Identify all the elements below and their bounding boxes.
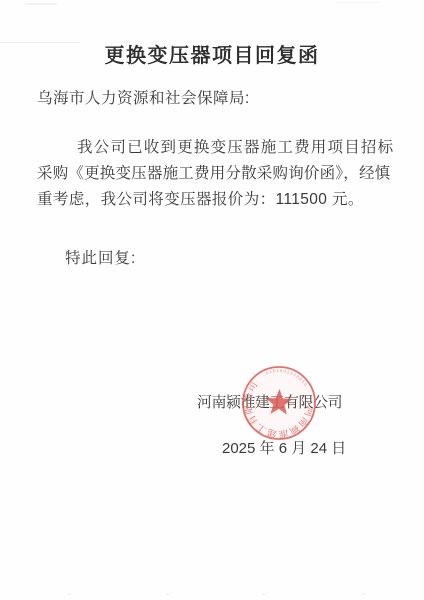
scan-artifact [166, 593, 169, 595]
body-line: 采购《更换变压器施工费用分散采购询价函》，经慎 [37, 161, 397, 187]
scan-artifact [262, 593, 265, 595]
document-title: 更换变压器项目回复函 [0, 39, 424, 68]
scanned-reply-letter: 更换变压器项目回复函 乌海市人力资源和社会保障局: 我公司已收到更换变压器施工费… [0, 0, 424, 600]
closing-line: 特此回复: [65, 246, 136, 268]
addressee-line: 乌海市人力资源和社会保障局: [37, 86, 250, 108]
body-line: 我公司已收到更换变压器施工费用项目招标 [37, 135, 397, 161]
scan-artifact [68, 593, 71, 595]
body-line: 重考虑，我公司将变压器报价为：111500 元。 [37, 187, 397, 213]
body-paragraph: 我公司已收到更换变压器施工费用项目招标 采购《更换变压器施工费用分散采购询价函》… [37, 135, 397, 213]
scan-artifact [336, 2, 382, 3]
company-seal-stamp: 河南颍淮建工有限公司 0151001510810 [222, 346, 336, 460]
scan-artifact [25, 3, 57, 5]
scan-artifact [362, 593, 365, 595]
